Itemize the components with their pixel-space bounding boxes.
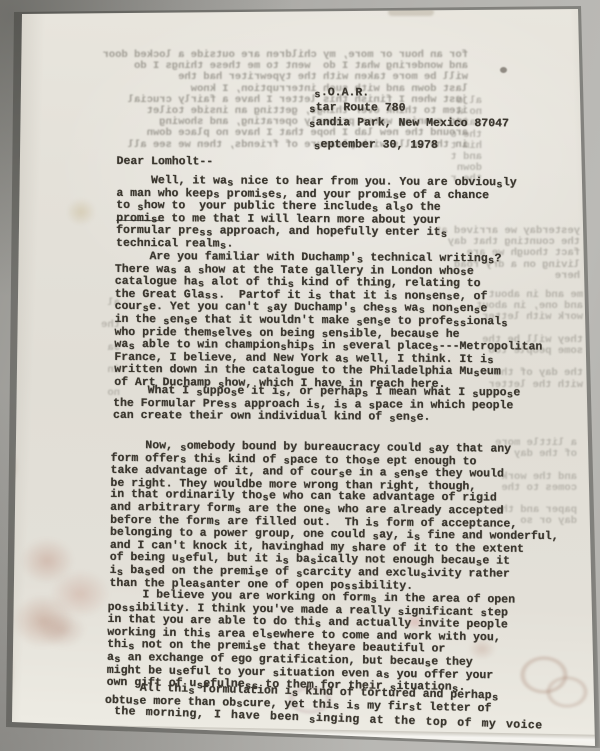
paragraph-4: Now, somebody bound by bureaucracy could… <box>109 440 559 594</box>
date-line: september 30, 1978 <box>314 139 438 152</box>
fold-crease-lower <box>0 0 600 7</box>
paragraph-1: Well, it was nice to hear from you. You … <box>116 175 517 253</box>
typed-underline <box>116 220 164 222</box>
paragraph-3: What I suppose it is, or perhaps I mean … <box>113 385 520 425</box>
sender-org: s.O.A.R. <box>309 87 509 101</box>
paragraph-2: Are you familiar with Duchamp's technica… <box>114 251 543 392</box>
letter-paper: for an hour or more, my children are out… <box>0 0 600 751</box>
sender-block: s.O.A.R.star Route 780sandia Park, New M… <box>309 87 509 131</box>
photo-background: for an hour or more, my children are out… <box>0 0 600 751</box>
typed-content-layer: s.O.A.R.star Route 780sandia Park, New M… <box>0 0 600 751</box>
sender-address-line2: sandia Park, New Mexico 87047 <box>309 117 509 131</box>
paragraph-5: I believe you are working on forms in th… <box>107 589 516 695</box>
salutation: Dear Lomholt-- <box>117 156 214 168</box>
fold-crease-upper <box>0 0 600 8</box>
sender-address-line1: star Route 780 <box>309 102 509 116</box>
